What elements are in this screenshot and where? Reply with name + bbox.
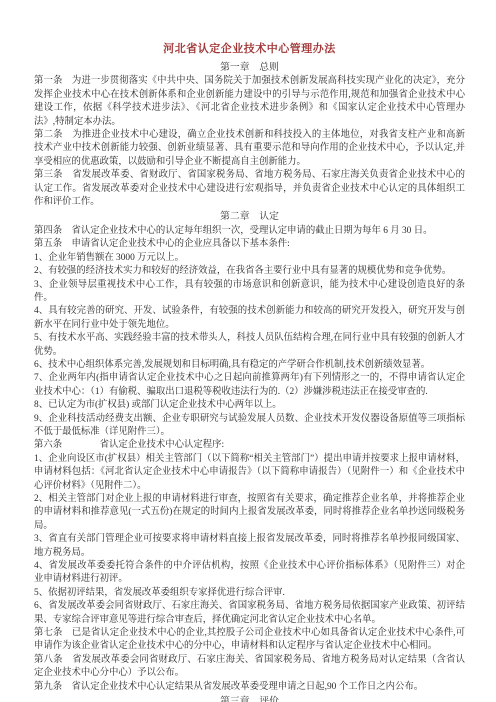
condition-item: 9、企业科技活动经费支出额、企业专职研究与试验发展人员数、企业技术开发仪器设备原…	[34, 413, 465, 440]
clause-paragraph: 第六条 省认定企业技术中心认定程序:	[34, 439, 465, 452]
chapter-heading-evaluation: 第三章 评价	[34, 695, 465, 702]
condition-item: 3、企业领导层重视技术中心工作，具有较强的市场意识和创新意识，能为技术中心建设创…	[34, 279, 465, 306]
condition-item: 4、具有较完善的研究、开发、试验条件，有较强的技术创新能力和较高的研究开发投入，…	[34, 305, 465, 332]
chapter-heading-general: 第一章 总则	[34, 61, 465, 74]
condition-item: 1、企业年销售额在 3000 万元以上。	[34, 252, 465, 265]
clause-paragraph: 第七条 已是省认定企业技术中心的企业,其控股子公司企业技术中心如具备省认定企业技…	[34, 627, 465, 654]
procedure-item: 3、省直有关部门管理企业可按要求将申请材料直接上报省发展改革委，同时将推荐名单抄…	[34, 533, 465, 560]
document-page: 河北省认定企业技术中心管理办法 第一章 总则 第一条 为进一步贯彻落实《中共中央…	[0, 0, 496, 702]
clause-paragraph: 第一条 为进一步贯彻落实《中共中央、国务院关于加强技术创新发展高科技实现产业化的…	[34, 75, 465, 129]
condition-item: 8、已认定为市(扩权县) 或部门认定企业技术中心两年以上。	[34, 399, 465, 412]
clause-paragraph: 第三条 省发展改革委、省财政厅、省国家税务局、省地方税务局、石家庄海关负责省企业…	[34, 169, 465, 209]
clause-paragraph: 第五条 申请省认定企业技术中心的企业应具备以下基本条件:	[34, 238, 465, 251]
condition-item: 2、有较强的经济技术实力和较好的经济效益，在我省各主要行业中具有显著的规模优势和…	[34, 265, 465, 278]
condition-item: 6、技术中心组织体系完善,发展规划和目标明确,具有稳定的产学研合作机制,技术创新…	[34, 359, 465, 372]
procedure-item: 5、依据初评结果，省发展改革委组织专家择优进行综合评审.	[34, 587, 465, 600]
clause-paragraph: 第九条 省认定企业技术中心认定结果从省发展改革委受理申请之日起,90 个工作日之…	[34, 681, 465, 694]
condition-item: 5、有技术水平高、实践经验丰富的技术带头人，科技人员队伍结构合理,在同行业中具有…	[34, 332, 465, 359]
procedure-item: 1、企业向设区市(扩权县）相关主管部门（以下简称“相关主管部门”）提出申请并按要…	[34, 453, 465, 493]
procedure-item: 6、省发展改革委会同省财政厅、石家庄海关、省国家税务局、省地方税务局依据国家产业…	[34, 600, 465, 627]
procedure-item: 2、相关主管部门对企业上报的申请材料进行审查，按照省有关要求，确定推荐企业名单，…	[34, 493, 465, 533]
clause-paragraph: 第八条 省发展改革委会同省财政厅、石家庄海关、省国家税务局、省地方税务局对认定结…	[34, 654, 465, 681]
clause-paragraph: 第二条 为推进企业技术中心建设，确立企业技术创新和科技投入的主体地位，对我省支柱…	[34, 129, 465, 169]
chapter-heading-certification: 第二章 认定	[34, 210, 465, 223]
procedure-item: 4、省发展改革委委托符合条件的中介评估机构，按照《企业技术中心评价指标体系》（见…	[34, 560, 465, 587]
document-title: 河北省认定企业技术中心管理办法	[34, 40, 465, 56]
clause-paragraph: 第四条 省认定企业技术中心的认定每年组织一次，受理认定申请的截止日期为每年 6 …	[34, 225, 465, 238]
condition-item: 7、企业两年内(指申请省认定企业技术中心之日起向前推算两年)有下列情形之一的，不…	[34, 372, 465, 399]
